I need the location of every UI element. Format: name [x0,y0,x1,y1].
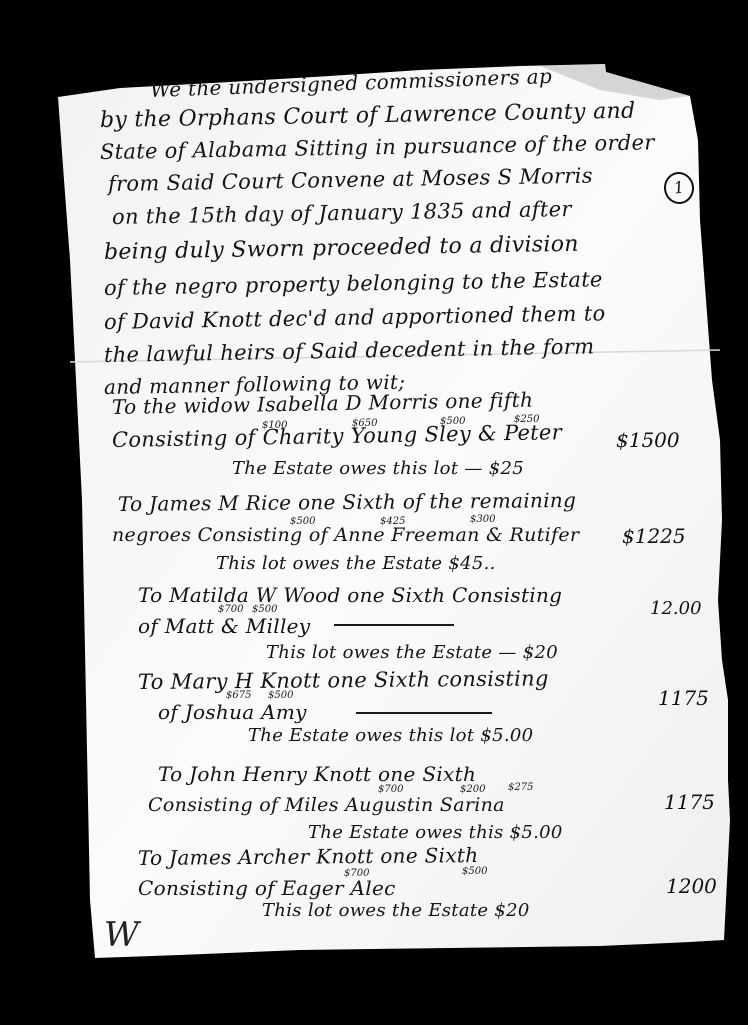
allotment-total: 1175 [664,790,715,814]
preamble-line: State of Alabama Sitting in pursuance of… [100,130,655,164]
slave-value: $500 [462,866,487,877]
allotment-total: 1200 [666,874,717,898]
allotment-total: 1175 [658,686,709,710]
filler-line [334,624,454,626]
slave-value: $275 [508,782,533,793]
allotment-line: To Mary H Knott one Sixth consisting [138,666,549,694]
allotment-note: This lot owes the Estate — $20 [266,642,558,663]
preamble-line: We the undersigned commissioners ap [150,64,553,102]
preamble-line: being duly Sworn proceeded to a division [104,232,579,265]
preamble-line: on the 15th day of January 1835 and afte… [112,197,572,229]
allotment-line: negroes Consisting of Anne Freeman & Rut… [112,524,579,546]
preamble-line: from Said Court Convene at Moses S Morri… [108,164,593,196]
preamble-line: by the Orphans Court of Lawrence County … [100,99,636,133]
allotment-total: $1500 [616,428,680,452]
preamble-line: of David Knott dec'd and apportioned the… [104,301,606,334]
allotment-total: 12.00 [650,598,702,619]
handwriting: We the undersigned commissioners ap by t… [0,0,748,1025]
allotment-total: $1225 [622,524,686,548]
allotment-note: The Estate owes this $5.00 [308,822,563,843]
allotment-line: To Matilda W Wood one Sixth Consisting [138,583,562,607]
filler-line [356,712,492,714]
scanned-document: We the undersigned commissioners ap by t… [0,0,748,1025]
allotment-line: of Joshua Amy [158,700,307,724]
preamble-line: of the negro property belonging to the E… [104,267,603,300]
allotment-line: Consisting of Miles Augustin Sarina [148,794,505,816]
allotment-line: Consisting of Charity Young Sley & Peter [112,420,562,452]
allotment-note: This lot owes the Estate $45.. [216,553,496,574]
corner-mark: W [104,915,139,955]
allotment-line: of Matt & Milley [138,614,310,638]
allotment-note: The Estate owes this lot — $25 [232,458,524,479]
allotment-note: This lot owes the Estate $20 [262,900,530,921]
allotment-line: To James M Rice one Sixth of the remaini… [118,488,576,516]
preamble-line: the lawful heirs of Said decedent in the… [104,334,595,367]
page-number-circle: 1 [662,170,696,206]
allotment-note: The Estate owes this lot $5.00 [248,725,533,746]
allotment-line: Consisting of Eager Alec [138,876,396,900]
allotment-line: To James Archer Knott one Sixth [138,843,479,870]
allotment-line: To John Henry Knott one Sixth [158,762,476,786]
